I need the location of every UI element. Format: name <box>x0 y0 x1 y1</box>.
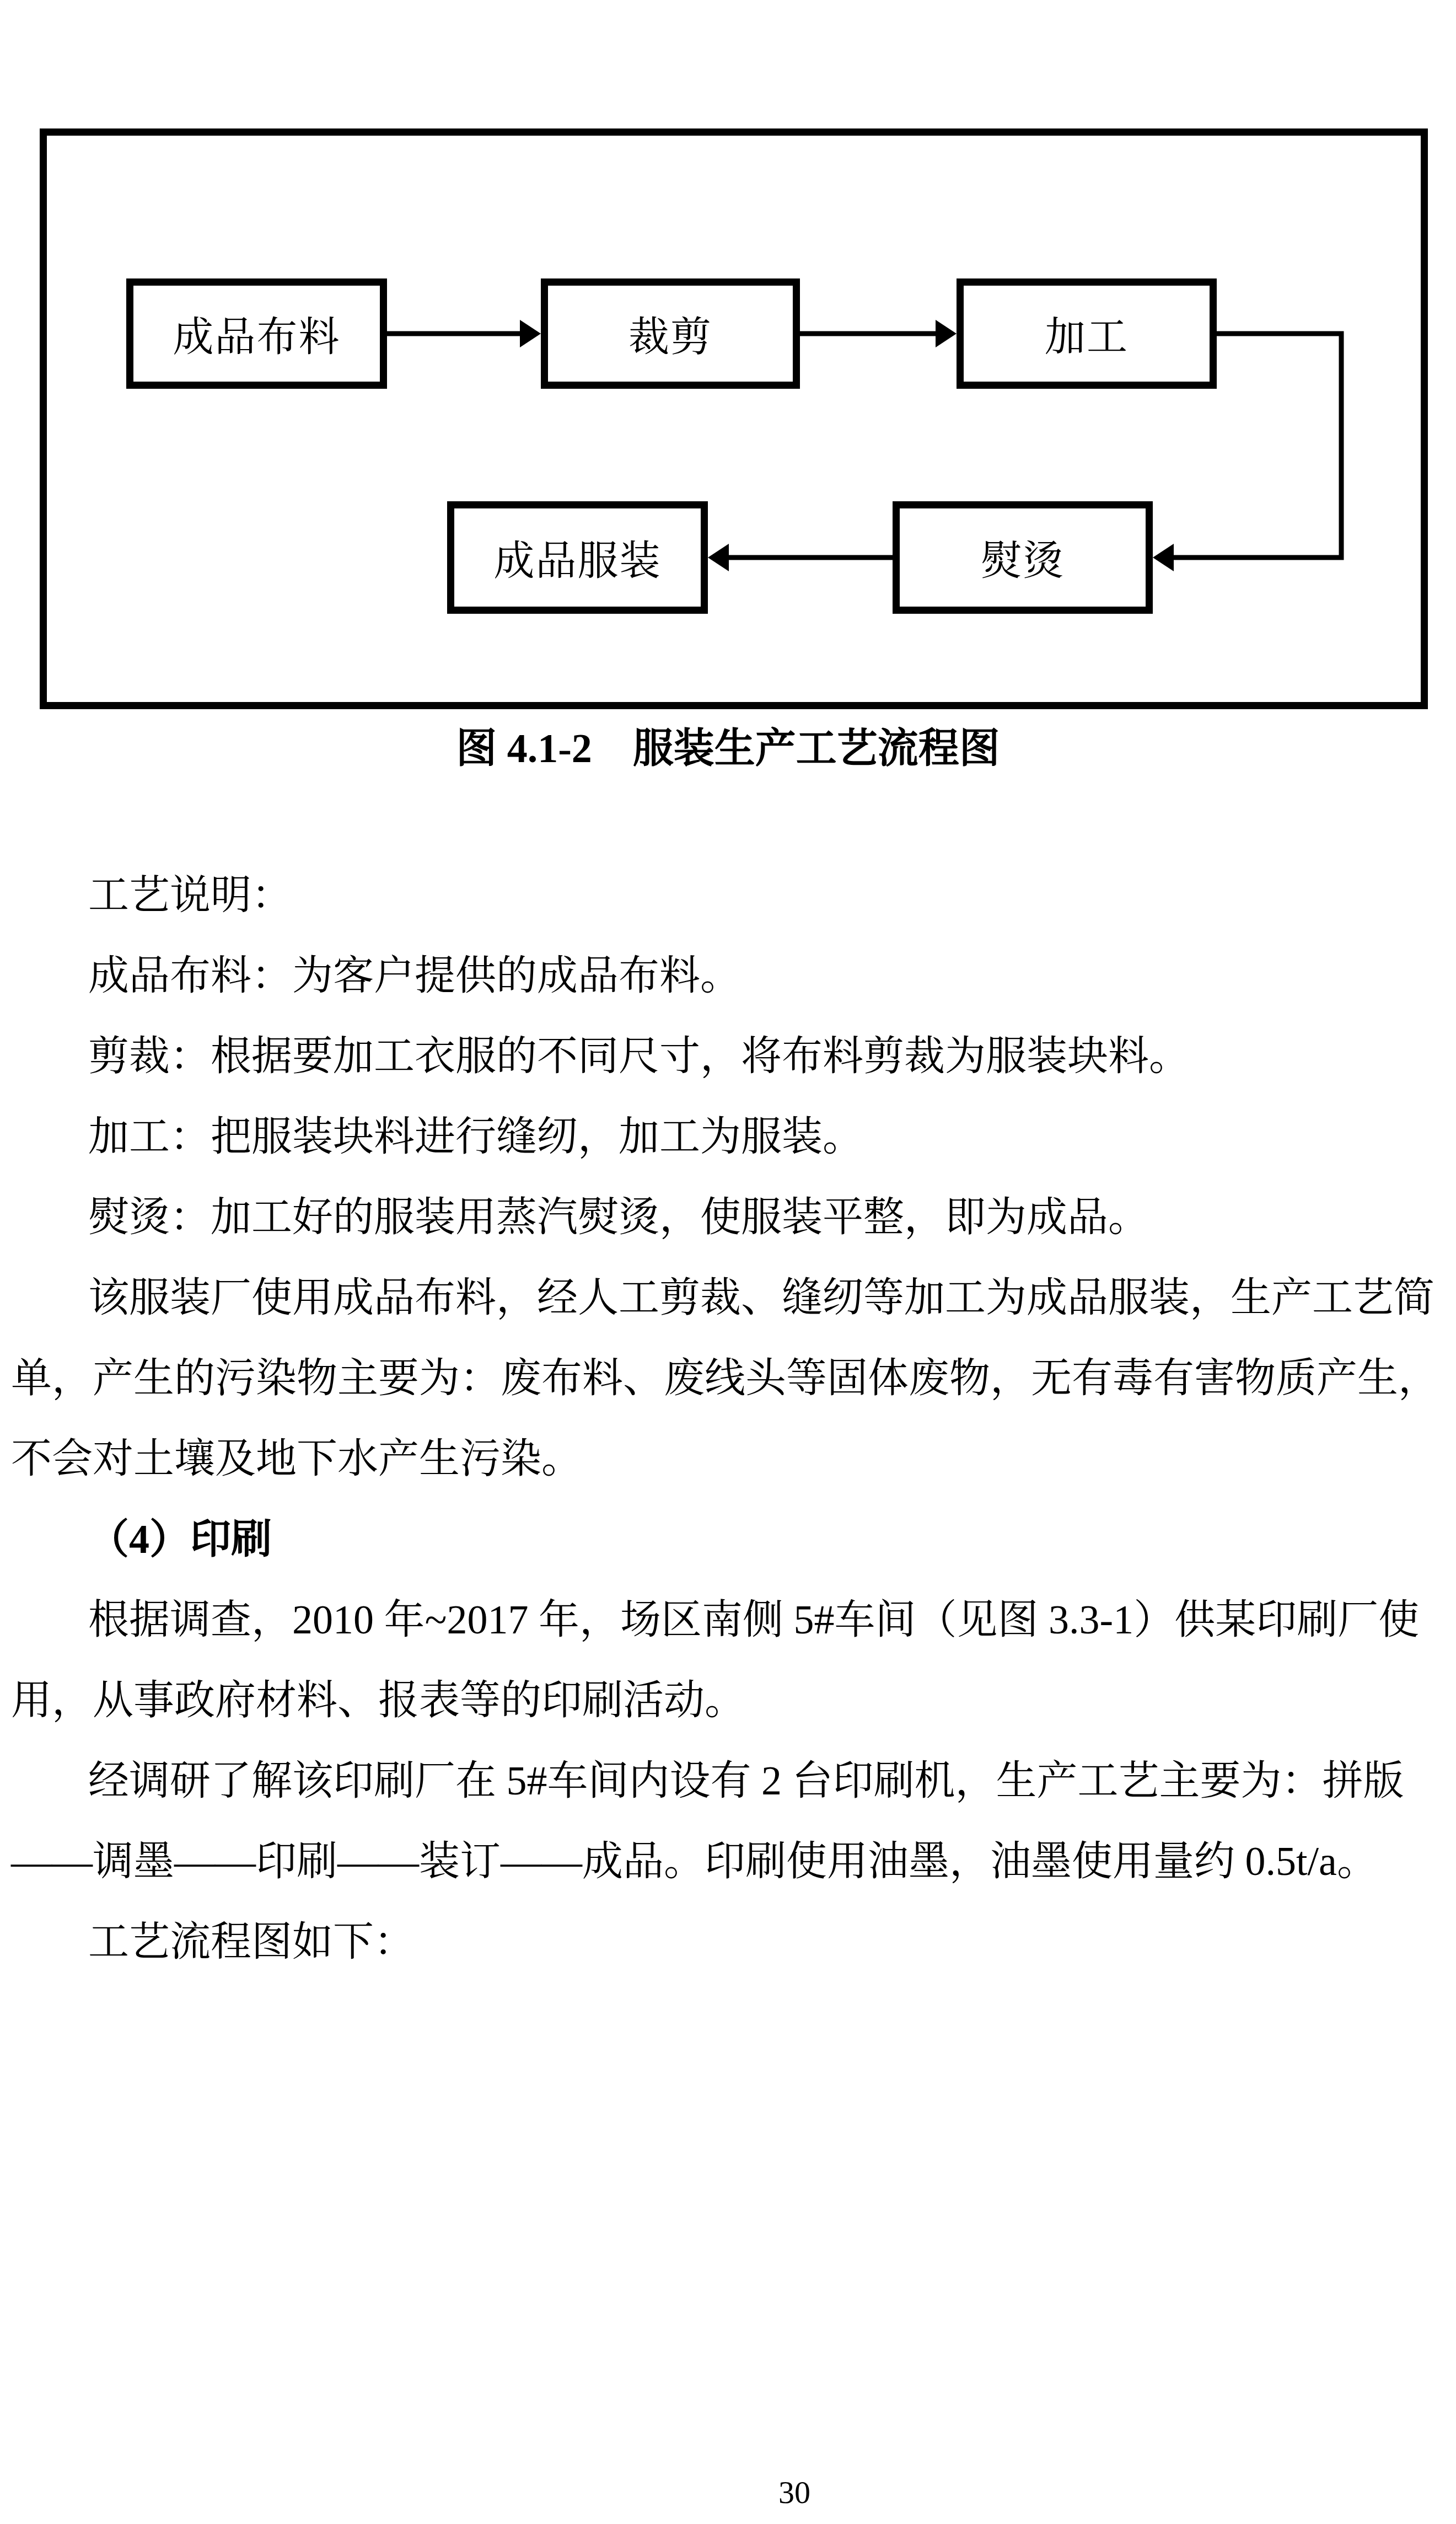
document-page: { "figure": { "caption": "图 4.1-2 服装生产工艺… <box>0 0 1456 2524</box>
body-line-flowchart-intro: 工艺流程图如下： <box>11 1902 1444 1982</box>
flow-box-finished-fabric: 成品布料 <box>126 278 387 389</box>
body-line-printing-process-2: ——调墨——印刷——装订——成品。印刷使用油墨，油墨使用量约 0.5t/a。 <box>11 1821 1444 1902</box>
body-line-fabric-note: 成品布料：为客户提供的成品布料。 <box>11 936 1444 1016</box>
flow-box-processing: 加工 <box>957 278 1217 389</box>
flow-box-finished-garment: 成品服装 <box>447 501 708 614</box>
body-line-printing-survey-1: 根据调查，2010 年~2017 年，场区南侧 5#车间（见图 3.3-1）供某… <box>11 1580 1444 1660</box>
flow-box-cutting: 裁剪 <box>541 278 800 389</box>
body-line-summary-3: 不会对土壤及地下水产生污染。 <box>11 1419 1444 1499</box>
arrow-cutting-to-processing <box>800 320 957 347</box>
page-number: 30 <box>761 2476 828 2509</box>
body-text: 工艺说明： 成品布料：为客户提供的成品布料。 剪裁：根据要加工衣服的不同尺寸，将… <box>11 855 1444 1982</box>
body-line-process-notes-heading: 工艺说明： <box>11 855 1444 936</box>
flow-box-ironing: 熨烫 <box>893 501 1153 614</box>
body-line-summary-2: 单，产生的污染物主要为：废布料、废线头等固体废物，无有毒有害物质产生， <box>11 1338 1444 1419</box>
body-line-cutting-note: 剪裁：根据要加工衣服的不同尺寸，将布料剪裁为服装块料。 <box>11 1016 1444 1097</box>
flow-box-finished-garment-label: 成品服装 <box>494 528 662 587</box>
flowchart-frame: 成品布料 裁剪 加工 熨烫 成品服装 <box>40 128 1428 709</box>
body-line-ironing-note: 熨烫：加工好的服装用蒸汽熨烫，使服装平整，即为成品。 <box>11 1177 1444 1258</box>
flow-box-processing-label: 加工 <box>1045 304 1129 363</box>
body-line-printing-survey-2: 用，从事政府材料、报表等的印刷活动。 <box>11 1660 1444 1741</box>
flow-box-cutting-label: 裁剪 <box>628 304 712 363</box>
flow-box-finished-fabric-label: 成品布料 <box>173 304 341 363</box>
arrow-fabric-to-cutting <box>387 320 541 347</box>
body-line-printing-process-1: 经调研了解该印刷厂在 5#车间内设有 2 台印刷机，生产工艺主要为：拼版 <box>11 1741 1444 1821</box>
flow-arrows <box>47 136 1421 702</box>
body-line-printing-heading: （4）印刷 <box>11 1499 1444 1580</box>
arrow-ironing-to-finished <box>708 544 893 571</box>
flow-box-ironing-label: 熨烫 <box>981 528 1065 587</box>
figure-caption: 图 4.1-2 服装生产工艺流程图 <box>0 709 1456 789</box>
body-line-summary-1: 该服装厂使用成品布料，经人工剪裁、缝纫等加工为成品服装，生产工艺简 <box>11 1258 1444 1338</box>
body-line-processing-note: 加工：把服装块料进行缝纫，加工为服装。 <box>11 1097 1444 1177</box>
